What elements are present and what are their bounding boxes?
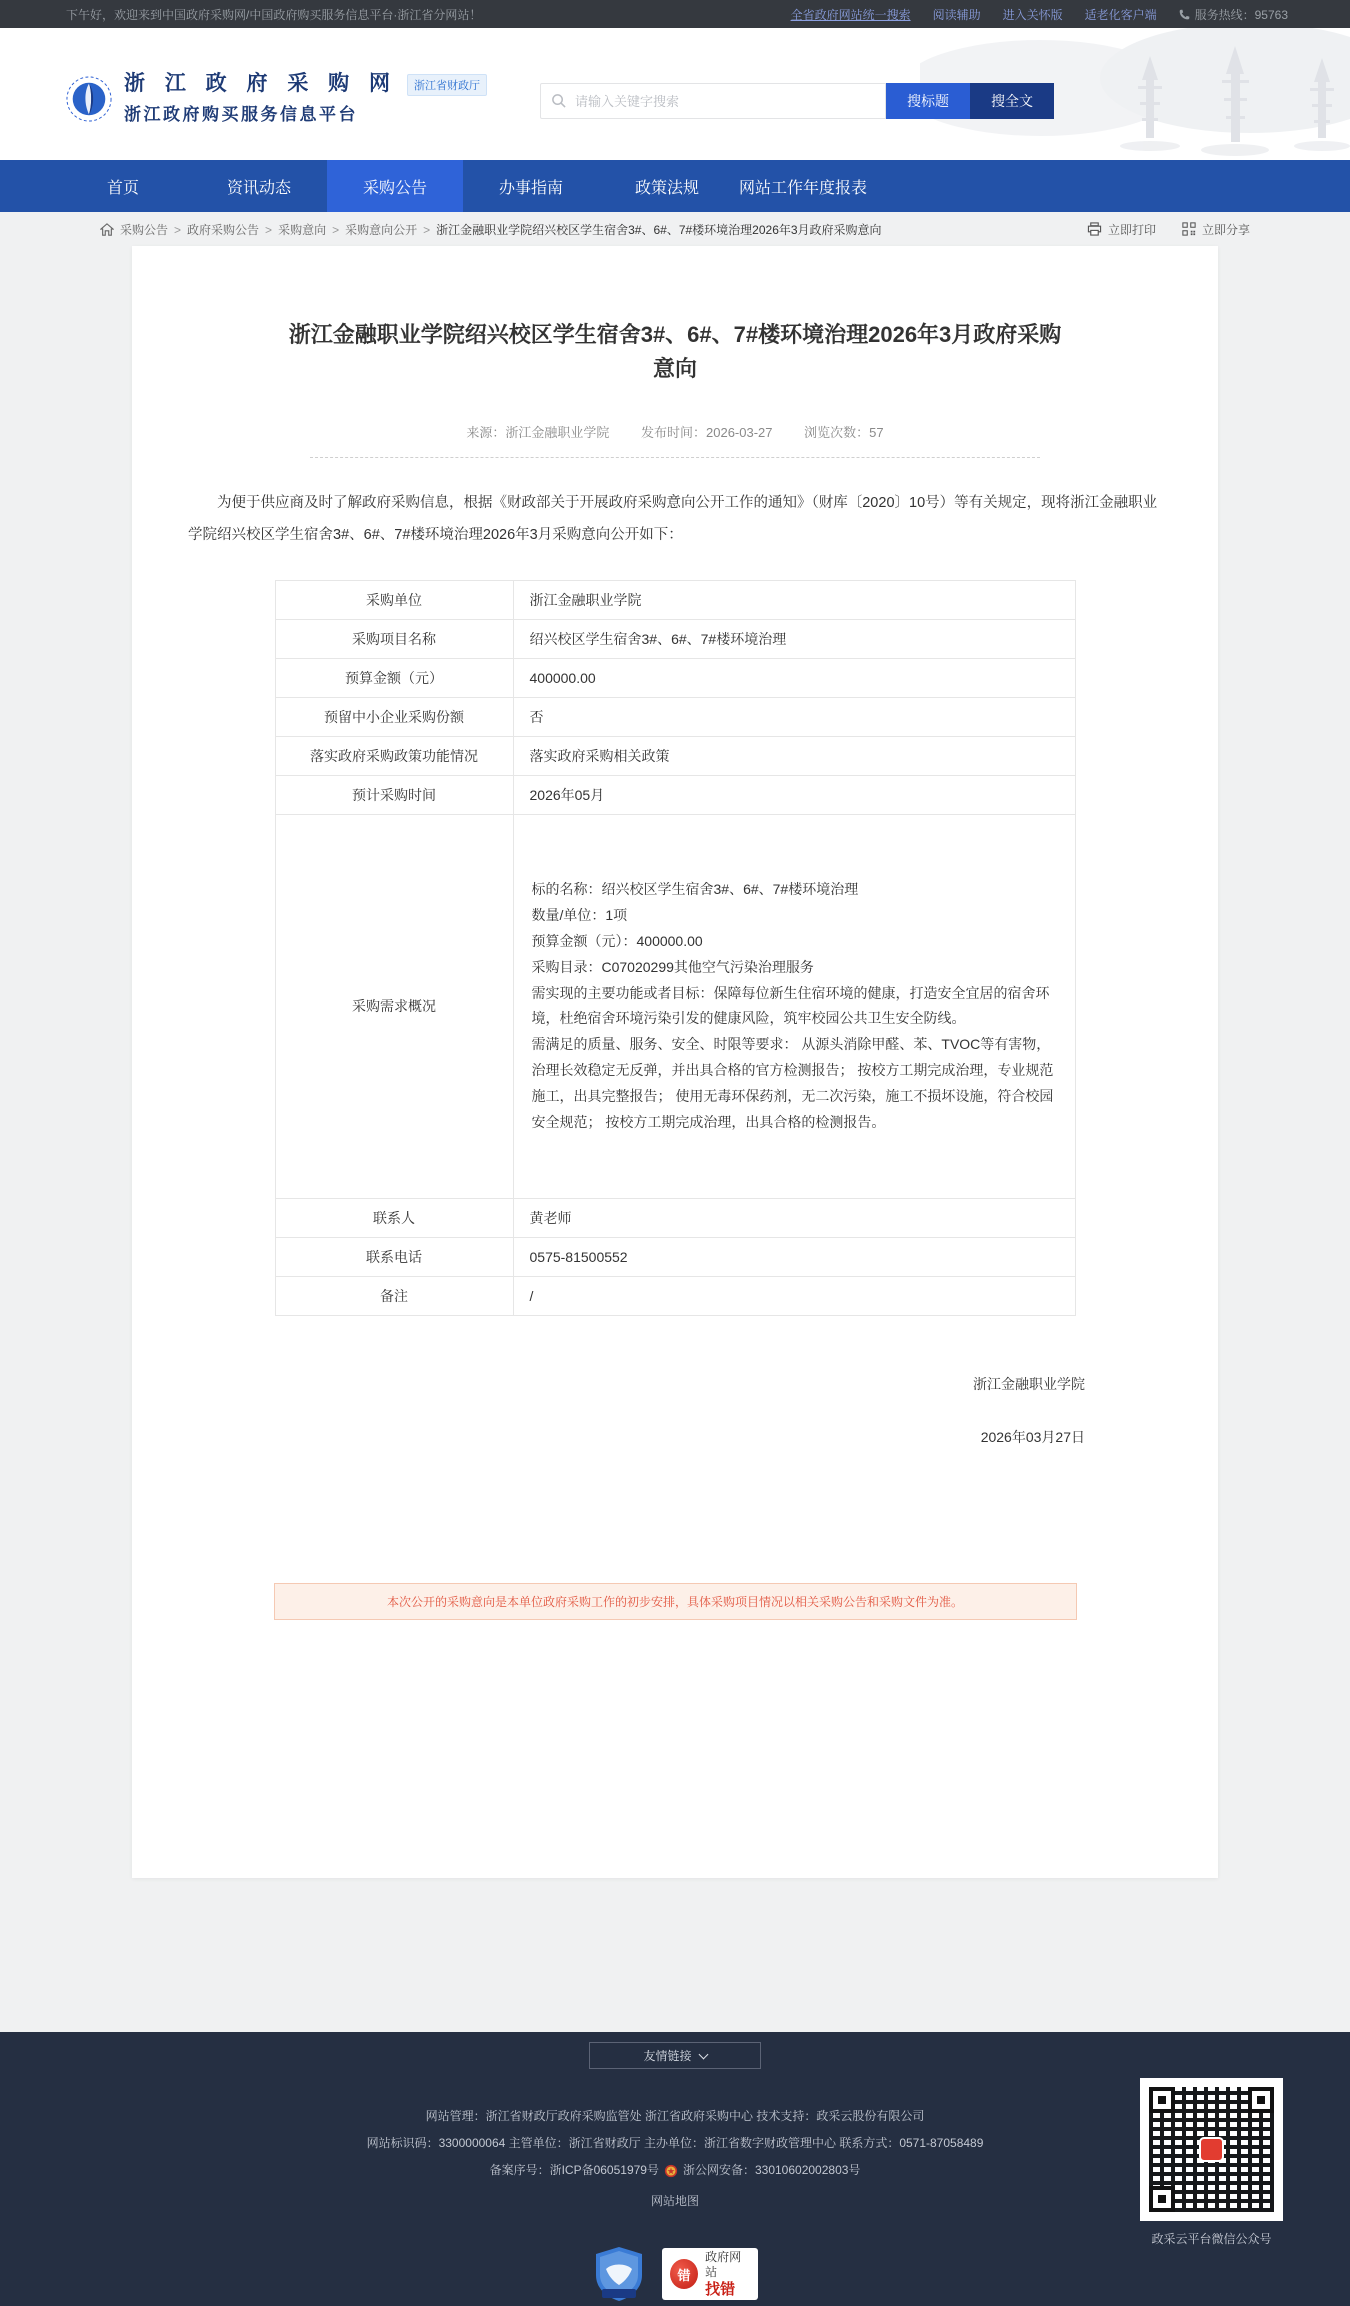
topbar: 下午好，欢迎来到中国政府采购网/中国政府购买服务信息平台·浙江省分网站！ 全省政…: [0, 0, 1350, 28]
nav-item-home[interactable]: 首页: [55, 160, 191, 212]
procurement-info-table: 采购单位浙江金融职业学院 采购项目名称绍兴校区学生宿舍3#、6#、7#楼环境治理…: [275, 580, 1076, 1316]
psb-number: 浙公网安备：33010602002803号: [683, 2157, 860, 2184]
care-version-link[interactable]: 进入关怀版: [1003, 6, 1063, 23]
breadcrumb-item[interactable]: 采购意向: [278, 221, 339, 238]
qr-caption: 政采云平台微信公众号: [1140, 2230, 1283, 2247]
error-report-icon: 错: [670, 2259, 698, 2289]
qr-code: [1140, 2078, 1283, 2221]
elderly-client-link[interactable]: 适老化客户端: [1085, 6, 1157, 23]
disclaimer-notice: 本次公开的采购意向是本单位政府采购工作的初步安排，具体采购项目情况以相关采购公告…: [274, 1583, 1077, 1620]
breadcrumb-item[interactable]: 采购公告: [120, 221, 181, 238]
table-row: 联系电话0575-81500552: [275, 1237, 1075, 1276]
logo-icon: [66, 76, 112, 122]
page: 下午好，欢迎来到中国政府采购网/中国政府购买服务信息平台·浙江省分网站！ 全省政…: [0, 0, 1350, 2306]
breadcrumb-item[interactable]: 采购意向公开: [345, 221, 430, 238]
print-button[interactable]: 立即打印: [1087, 221, 1156, 238]
search-fulltext-button[interactable]: 搜全文: [970, 83, 1054, 119]
search-input[interactable]: [540, 83, 886, 119]
home-icon[interactable]: [100, 223, 114, 236]
unified-search-link[interactable]: 全省政府网站统一搜索: [791, 6, 911, 23]
table-row: 备注/: [275, 1276, 1075, 1315]
nav-item-news[interactable]: 资讯动态: [191, 160, 327, 212]
table-row: 采购单位浙江金融职业学院: [275, 580, 1075, 619]
phone-icon: [1179, 9, 1190, 20]
printer-icon: [1087, 222, 1102, 236]
nav-item-annual-report[interactable]: 网站工作年度报表: [735, 160, 871, 212]
site-subtitle: 浙江政府购买服务信息平台: [124, 100, 487, 125]
breadcrumb-bar: 采购公告 政府采购公告 采购意向 采购意向公开 浙江金融职业学院绍兴校区学生宿舍…: [0, 212, 1350, 246]
nav-item-service-guide[interactable]: 办事指南: [463, 160, 599, 212]
chevron-down-icon: [698, 2049, 708, 2059]
qr-logo-icon: [1199, 2137, 1224, 2162]
topbar-links: 全省政府网站统一搜索 阅读辅助 进入关怀版 适老化客户端 服务热线：95763: [791, 6, 1288, 23]
site-title: 浙 江 政 府 采 购 网: [124, 72, 397, 95]
table-row: 预计采购时间2026年05月: [275, 775, 1075, 814]
site-titles: 浙 江 政 府 采 购 网 浙江省财政厅 浙江政府购买服务信息平台: [124, 72, 487, 125]
article-card: 浙江金融职业学院绍兴校区学生宿舍3#、6#、7#楼环境治理2026年3月政府采购…: [132, 246, 1218, 1878]
main-nav: 首页 资讯动态 采购公告 办事指南 政策法规 网站工作年度报表: [0, 160, 1350, 212]
article-intro: 为便于供应商及时了解政府采购信息，根据《财政部关于开展政府采购意向公开工作的通知…: [188, 488, 1162, 552]
search-bar: 搜标题 搜全文: [540, 83, 1054, 119]
gov-site-error-report-badge[interactable]: 错 政府网站 找错: [662, 2248, 758, 2300]
article-view-count: 浏览次数：57: [804, 425, 883, 440]
footer: 友情链接 网站管理：浙江省财政厅政府采购监管处 浙江省政府采购中心 技术支持：政…: [0, 2032, 1350, 2306]
reading-aid-link[interactable]: 阅读辅助: [933, 6, 981, 23]
breadcrumb-item[interactable]: 政府采购公告: [187, 221, 272, 238]
article-source: 来源：浙江金融职业学院: [466, 425, 609, 440]
icp-number: 备案序号：浙ICP备06051979号: [490, 2157, 659, 2184]
table-row: 落实政府采购政策功能情况落实政府采购相关政策: [275, 736, 1075, 775]
breadcrumb: 采购公告 政府采购公告 采购意向 采购意向公开 浙江金融职业学院绍兴校区学生宿舍…: [100, 221, 882, 238]
qr-share-icon: [1182, 222, 1196, 236]
wechat-qr-section: 政采云平台微信公众号: [1140, 2078, 1283, 2247]
share-button[interactable]: 立即分享: [1182, 221, 1250, 238]
finance-dept-badge: 浙江省财政厅: [407, 74, 487, 96]
friend-links-dropdown[interactable]: 友情链接: [589, 2042, 761, 2069]
certification-badge-icon[interactable]: [592, 2245, 646, 2303]
nav-item-policies[interactable]: 政策法规: [599, 160, 735, 212]
breadcrumb-actions: 立即打印 立即分享: [1087, 221, 1250, 238]
table-row: 预算金额（元）400000.00: [275, 658, 1075, 697]
sitemap-link[interactable]: 网站地图: [651, 2188, 699, 2215]
table-row: 采购项目名称绍兴校区学生宿舍3#、6#、7#楼环境治理: [275, 619, 1075, 658]
public-security-emblem-icon: [664, 2164, 678, 2178]
page-title: 浙江金融职业学院绍兴校区学生宿舍3#、6#、7#楼环境治理2026年3月政府采购…: [285, 246, 1065, 386]
table-row: 联系人黄老师: [275, 1198, 1075, 1237]
service-hotline: 服务热线：95763: [1179, 6, 1288, 23]
breadcrumb-current: 浙江金融职业学院绍兴校区学生宿舍3#、6#、7#楼环境治理2026年3月政府采购…: [436, 221, 881, 238]
error-badge-line1: 政府网站: [705, 2250, 750, 2281]
table-row: 预留中小企业采购份额否: [275, 697, 1075, 736]
welcome-text: 下午好，欢迎来到中国政府采购网/中国政府购买服务信息平台·浙江省分网站！: [66, 6, 481, 23]
dashed-divider: [310, 457, 1040, 458]
signature-organization: 浙江金融职业学院: [132, 1374, 1085, 1394]
article-meta: 来源：浙江金融职业学院 发布时间：2026-03-27 浏览次数：57: [132, 422, 1218, 441]
footer-badges: 错 政府网站 找错: [0, 2245, 1350, 2303]
site-header: 浙 江 政 府 采 购 网 浙江省财政厅 浙江政府购买服务信息平台 搜标题 搜全…: [0, 28, 1350, 160]
nav-item-procurement-notices[interactable]: 采购公告: [327, 160, 463, 212]
site-logo[interactable]: 浙 江 政 府 采 购 网 浙江省财政厅 浙江政府购买服务信息平台: [66, 72, 487, 125]
search-title-button[interactable]: 搜标题: [886, 83, 970, 119]
signature-date: 2026年03月27日: [132, 1427, 1085, 1447]
error-badge-line2: 找错: [705, 2281, 750, 2299]
search-icon: [551, 93, 566, 108]
table-row-demand: 采购需求概况标的名称：绍兴校区学生宿舍3#、6#、7#楼环境治理 数量/单位：1…: [275, 814, 1075, 1198]
article-publish-time: 发布时间：2026-03-27: [641, 425, 773, 440]
